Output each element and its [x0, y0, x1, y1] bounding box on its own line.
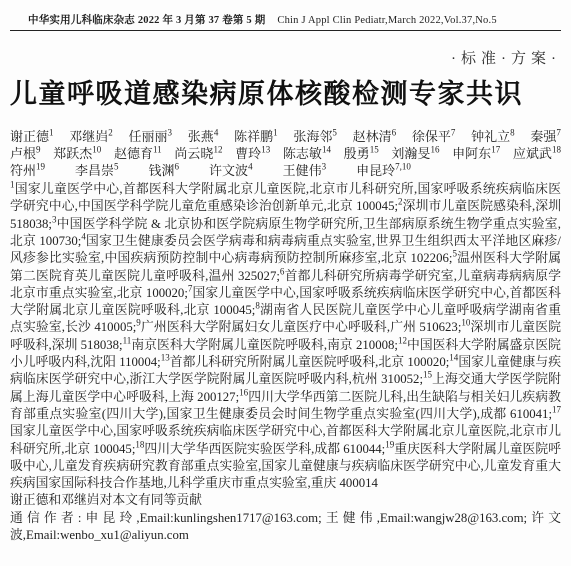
- author-name: 刘瀚旻16: [391, 145, 439, 162]
- author-affiliation-superscript: 5: [332, 128, 337, 138]
- affiliations: 1国家儿童医学中心,首都医科大学附属北京儿童医院,北京市儿科研究所,国家呼吸系统…: [10, 181, 561, 492]
- author-name: 尚云晓12: [174, 145, 222, 162]
- affiliation-number-superscript: 6: [280, 266, 285, 276]
- affiliation-number-superscript: 1: [10, 180, 15, 190]
- author-name: 陈祥鹏1: [234, 128, 278, 145]
- author-name: 赵林清6: [353, 128, 397, 145]
- author-name: 曹玲13: [235, 145, 270, 162]
- author-name: 钱渊6: [149, 162, 180, 179]
- author-name: 符州19: [10, 162, 45, 179]
- column-tag: ·标准·方案·: [10, 47, 561, 68]
- affiliation-number-superscript: 16: [239, 387, 248, 397]
- masthead-divider: [10, 30, 561, 31]
- affiliation-number-superscript: 13: [161, 353, 170, 363]
- author-name: 申阿东17: [452, 145, 500, 162]
- affiliation-number-superscript: 18: [135, 439, 144, 449]
- author-name: 应斌武18: [513, 145, 561, 162]
- author-affiliation-superscript: 16: [430, 145, 439, 155]
- affiliation-number-superscript: 12: [398, 335, 407, 345]
- author-affiliation-superscript: 7,10: [395, 162, 411, 172]
- author-affiliation-superscript: 3: [168, 128, 173, 138]
- author-affiliation-superscript: 17: [491, 145, 500, 155]
- author-affiliation-superscript: 13: [261, 145, 270, 155]
- masthead-chinese: 中华实用儿科临床杂志 2022 年 3 月第 37 卷第 5 期: [28, 15, 265, 26]
- journal-page: 中华实用儿科临床杂志 2022 年 3 月第 37 卷第 5 期Chin J A…: [0, 0, 571, 566]
- equal-contribution-note: 谢正德和邓继岿对本文有同等贡献: [10, 492, 561, 509]
- masthead-english: Chin J Appl Clin Pediatr,March 2022,Vol.…: [277, 15, 496, 26]
- affiliation-number-superscript: 3: [52, 214, 57, 224]
- author-row: 符州19李昌崇5钱渊6许文波4王健伟3申昆玲7,10: [10, 162, 561, 179]
- author-name: 殷勇15: [344, 145, 379, 162]
- author-list: 谢正德1邓继岿2任丽丽3张燕4陈祥鹏1张海邻5赵林清6徐保平7钟礼立8秦强7卢根…: [10, 128, 561, 179]
- author-name: 李昌崇5: [75, 162, 119, 179]
- author-row: 卢根9郑跃杰10赵德育11尚云晓12曹玲13陈志敏14殷勇15刘瀚旻16申阿东1…: [10, 145, 561, 162]
- author-name: 邓继岿2: [69, 128, 113, 145]
- author-name: 秦强7: [530, 128, 561, 145]
- author-row: 谢正德1邓继岿2任丽丽3张燕4陈祥鹏1张海邻5赵林清6徐保平7钟礼立8秦强7: [10, 128, 561, 145]
- affiliation-number-superscript: 5: [452, 249, 457, 259]
- affiliation-number-superscript: 15: [423, 370, 432, 380]
- author-affiliation-superscript: 3: [322, 162, 327, 172]
- affiliation-number-superscript: 2: [398, 197, 403, 207]
- author-affiliation-superscript: 7: [556, 128, 561, 138]
- affiliation-number-superscript: 10: [461, 318, 470, 328]
- author-name: 徐保平7: [412, 128, 456, 145]
- author-name: 卢根9: [10, 145, 41, 162]
- affiliation-number-superscript: 9: [136, 318, 141, 328]
- author-name: 谢正德1: [10, 128, 54, 145]
- affiliation-number-superscript: 8: [255, 301, 260, 311]
- author-name: 张海邻5: [293, 128, 337, 145]
- correspondence-note: 通信作者:申昆玲,Email:kunlingshen1717@163.com;王…: [10, 510, 561, 545]
- author-name: 王健伟3: [283, 162, 327, 179]
- author-name: 任丽丽3: [129, 128, 173, 145]
- affiliation-number-superscript: 7: [188, 284, 193, 294]
- author-affiliation-superscript: 1: [273, 128, 278, 138]
- author-affiliation-superscript: 4: [214, 128, 219, 138]
- affiliation-number-superscript: 4: [81, 232, 86, 242]
- affiliation-number-superscript: 19: [385, 439, 394, 449]
- author-affiliation-superscript: 6: [175, 162, 180, 172]
- author-affiliation-superscript: 8: [510, 128, 515, 138]
- author-affiliation-superscript: 19: [36, 162, 45, 172]
- author-affiliation-superscript: 7: [451, 128, 456, 138]
- author-name: 申昆玲7,10: [356, 162, 411, 179]
- author-name: 张燕4: [188, 128, 219, 145]
- affiliation-number-superscript: 11: [123, 335, 132, 345]
- author-name: 郑跃杰10: [53, 145, 101, 162]
- author-affiliation-superscript: 18: [552, 145, 561, 155]
- author-affiliation-superscript: 4: [248, 162, 253, 172]
- article-title: 儿童呼吸道感染病原体核酸检测专家共识: [10, 78, 561, 110]
- author-affiliation-superscript: 10: [92, 145, 101, 155]
- author-name: 赵德育11: [114, 145, 162, 162]
- author-affiliation-superscript: 11: [153, 145, 162, 155]
- author-affiliation-superscript: 14: [322, 145, 331, 155]
- journal-masthead: 中华实用儿科临床杂志 2022 年 3 月第 37 卷第 5 期Chin J A…: [10, 12, 561, 27]
- author-affiliation-superscript: 6: [392, 128, 397, 138]
- author-affiliation-superscript: 1: [49, 128, 54, 138]
- author-affiliation-superscript: 9: [36, 145, 41, 155]
- author-affiliation-superscript: 15: [370, 145, 379, 155]
- author-name: 钟礼立8: [471, 128, 515, 145]
- author-affiliation-superscript: 5: [114, 162, 119, 172]
- affiliation-number-superscript: 14: [449, 353, 458, 363]
- author-name: 许文波4: [209, 162, 253, 179]
- author-name: 陈志敏14: [283, 145, 331, 162]
- affiliation-number-superscript: 17: [552, 405, 561, 415]
- author-affiliation-superscript: 2: [108, 128, 113, 138]
- author-affiliation-superscript: 12: [213, 145, 222, 155]
